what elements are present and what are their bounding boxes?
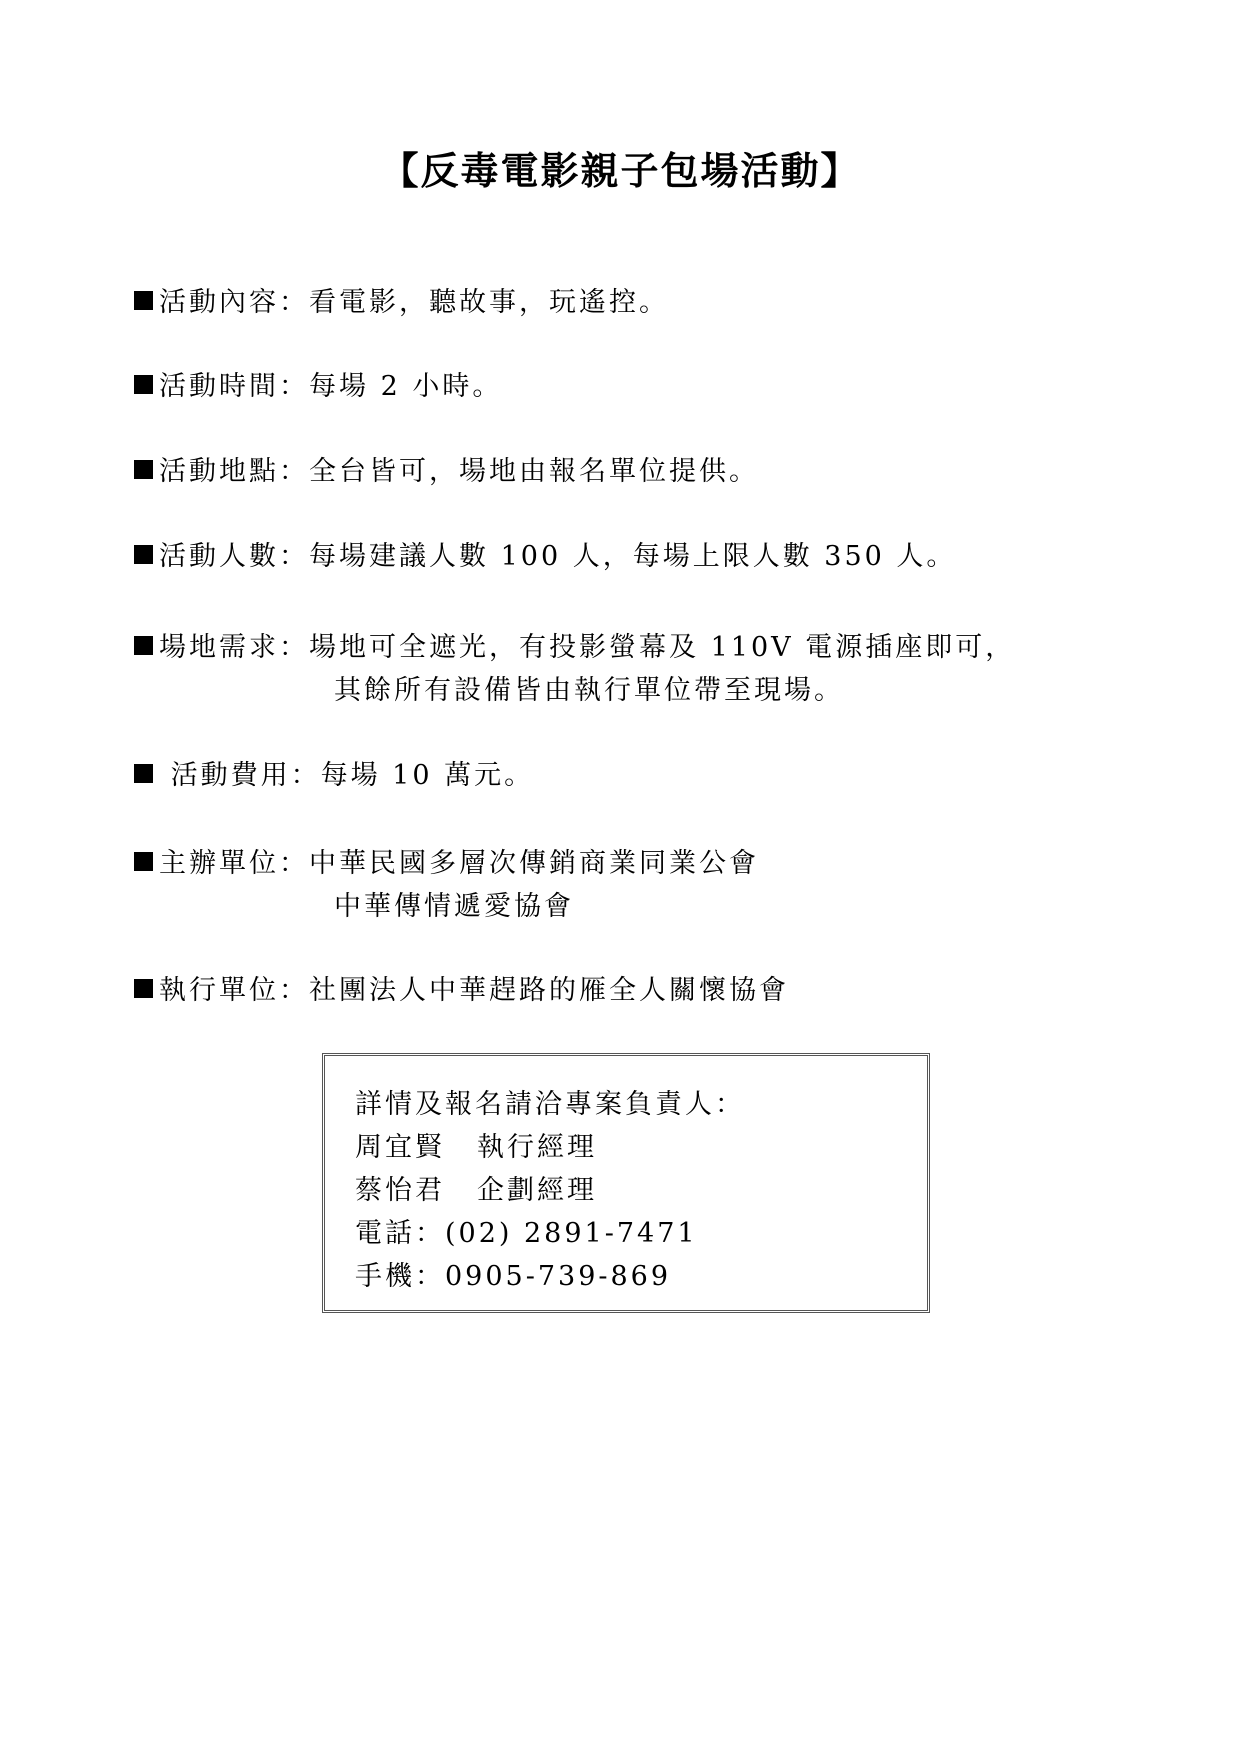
- contact-name: 蔡怡君: [355, 1175, 445, 1206]
- item-label: 活動時間：: [159, 371, 309, 402]
- square-bullet-icon: [134, 545, 153, 564]
- item-value: 每場 2 小時。: [309, 371, 502, 402]
- contact-mobile: 手機：0905-739-869: [355, 1256, 671, 1298]
- info-item-venue-requirements: 場地需求：場地可全遮光，有投影螢幕及 110V 電源插座即可，: [134, 627, 1015, 669]
- item-label: 場地需求：: [159, 632, 309, 663]
- contact-phone: 電話：(02) 2891-7471: [355, 1213, 698, 1255]
- item-value: 每場建議人數 100 人，每場上限人數 350 人。: [309, 541, 956, 572]
- square-bullet-icon: [134, 291, 153, 310]
- item-label: 主辦單位：: [159, 848, 309, 879]
- info-item-fee: 活動費用：每場 10 萬元。: [134, 755, 534, 797]
- square-bullet-icon: [134, 764, 153, 783]
- item-label: 執行單位：: [159, 975, 309, 1006]
- info-item-time: 活動時間：每場 2 小時。: [134, 366, 502, 408]
- item-value-continuation: 中華傳情遞愛協會: [334, 886, 574, 928]
- item-value: 看電影，聽故事，玩遙控。: [309, 287, 669, 318]
- square-bullet-icon: [134, 979, 153, 998]
- contact-role: 執行經理: [477, 1132, 597, 1163]
- square-bullet-icon: [134, 375, 153, 394]
- item-value: 全台皆可，場地由報名單位提供。: [309, 456, 759, 487]
- square-bullet-icon: [134, 636, 153, 655]
- contact-person: 周宜賢執行經理: [355, 1127, 597, 1169]
- item-value: 中華民國多層次傳銷商業同業公會: [309, 848, 759, 879]
- contact-heading: 詳情及報名請洽專案負責人：: [355, 1084, 745, 1126]
- contact-role: 企劃經理: [477, 1175, 597, 1206]
- item-label: 活動人數：: [159, 541, 309, 572]
- info-item-executor: 執行單位：社團法人中華趕路的雁全人關懷協會: [134, 970, 789, 1012]
- item-value: 場地可全遮光，有投影螢幕及 110V 電源插座即可，: [309, 632, 1015, 663]
- info-item-location: 活動地點：全台皆可，場地由報名單位提供。: [134, 451, 759, 493]
- item-value: 每場 10 萬元。: [321, 760, 535, 791]
- info-item-content: 活動內容：看電影，聽故事，玩遙控。: [134, 282, 669, 324]
- item-label: 活動費用：: [159, 760, 321, 791]
- info-item-organizer: 主辦單位：中華民國多層次傳銷商業同業公會: [134, 843, 759, 885]
- info-item-attendance: 活動人數：每場建議人數 100 人，每場上限人數 350 人。: [134, 536, 956, 578]
- square-bullet-icon: [134, 852, 153, 871]
- item-label: 活動地點：: [159, 456, 309, 487]
- contact-box: 詳情及報名請洽專案負責人： 周宜賢執行經理 蔡怡君企劃經理 電話：(02) 28…: [322, 1053, 930, 1313]
- contact-name: 周宜賢: [355, 1132, 445, 1163]
- item-value: 社團法人中華趕路的雁全人關懷協會: [309, 975, 789, 1006]
- page-title: 【反毒電影親子包場活動】: [0, 146, 1241, 196]
- item-value-continuation: 其餘所有設備皆由執行單位帶至現場。: [334, 670, 844, 712]
- item-label: 活動內容：: [159, 287, 309, 318]
- contact-person: 蔡怡君企劃經理: [355, 1170, 597, 1212]
- square-bullet-icon: [134, 460, 153, 479]
